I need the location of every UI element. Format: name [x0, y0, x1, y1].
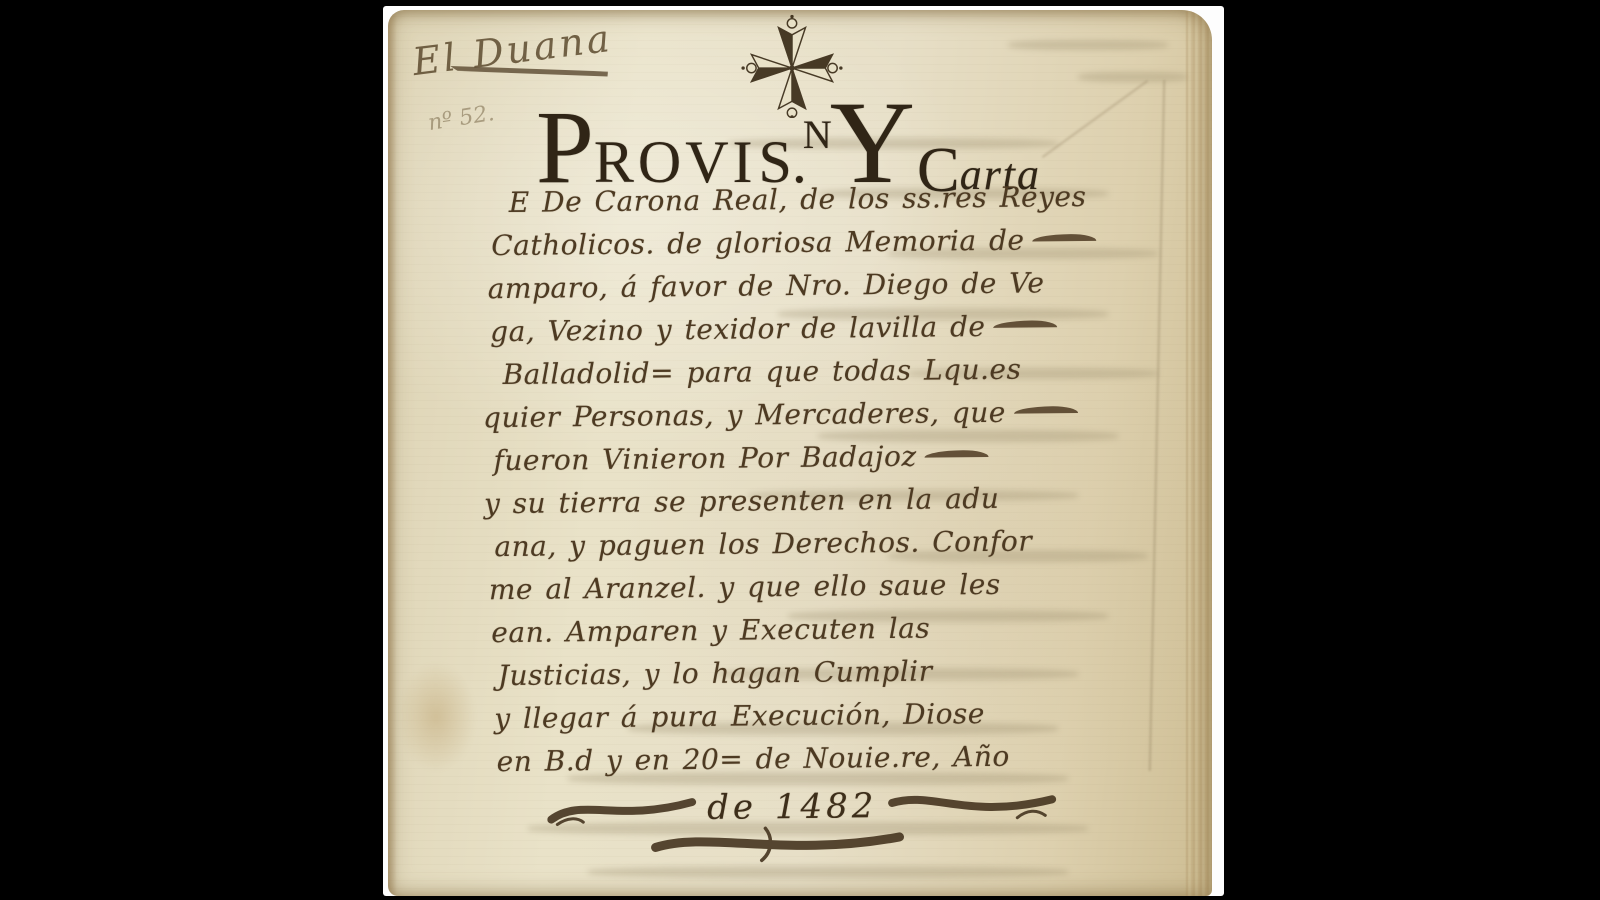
stacked-page-edges — [1186, 10, 1212, 896]
manuscript-line: amparo, á favor de Nro. Diego de Ve — [488, 261, 1102, 310]
paper-stain — [396, 662, 476, 772]
manuscript-line: y su tierra se presenten en la adu — [484, 476, 1104, 525]
manuscript-line: ana, y paguen los Derechos. Confor — [494, 519, 1104, 568]
flourish-swash — [647, 823, 907, 866]
title-superscript-n: N — [803, 115, 832, 155]
bleed-through-mark — [1078, 72, 1188, 82]
folio-number-mark: nº 52. — [426, 101, 496, 136]
manuscript-line: E De Carona Real, de los ss.res Reyes — [509, 175, 1101, 224]
manuscript-line: en B.d y en 20= de Nouie.re, Año — [496, 734, 1106, 783]
bleed-through-mark — [1008, 40, 1168, 50]
manuscript-line: ean. Amparen y Executen las — [491, 605, 1105, 654]
manuscript-line: quier Personas, y Mercaderes, que — [483, 390, 1103, 439]
manuscript-line: y llegar á pura Execución, Diose — [494, 691, 1106, 740]
paper-crease — [1042, 80, 1148, 158]
viewer-canvas: El Duana nº 52. — [0, 0, 1600, 900]
manuscript-line: fueron Vinieron Por Badajoz — [493, 433, 1103, 482]
paper-crease — [1149, 80, 1165, 771]
manuscript-line: me al Aranzel. y que ello saue les — [489, 562, 1105, 611]
manuscript-body: E De Carona Real, de los ss.res Reyes Ca… — [481, 175, 1108, 832]
flourish-swash — [547, 792, 697, 828]
manuscript-photo: El Duana nº 52. — [383, 6, 1224, 896]
manuscript-line: ga, Vezino y texidor de lavilla de — [490, 304, 1102, 353]
flourish-swash — [887, 787, 1057, 825]
manuscript-line: Catholicos. de gloriosa Memoria de — [491, 218, 1101, 267]
manuscript-line: Balladolid= para que todas Lqu.es — [502, 347, 1102, 396]
bleed-through-mark — [588, 866, 1068, 878]
manuscript-line: Justicias, y lo hagan Cumplir — [498, 648, 1106, 697]
manuscript-page: El Duana nº 52. — [388, 10, 1212, 896]
